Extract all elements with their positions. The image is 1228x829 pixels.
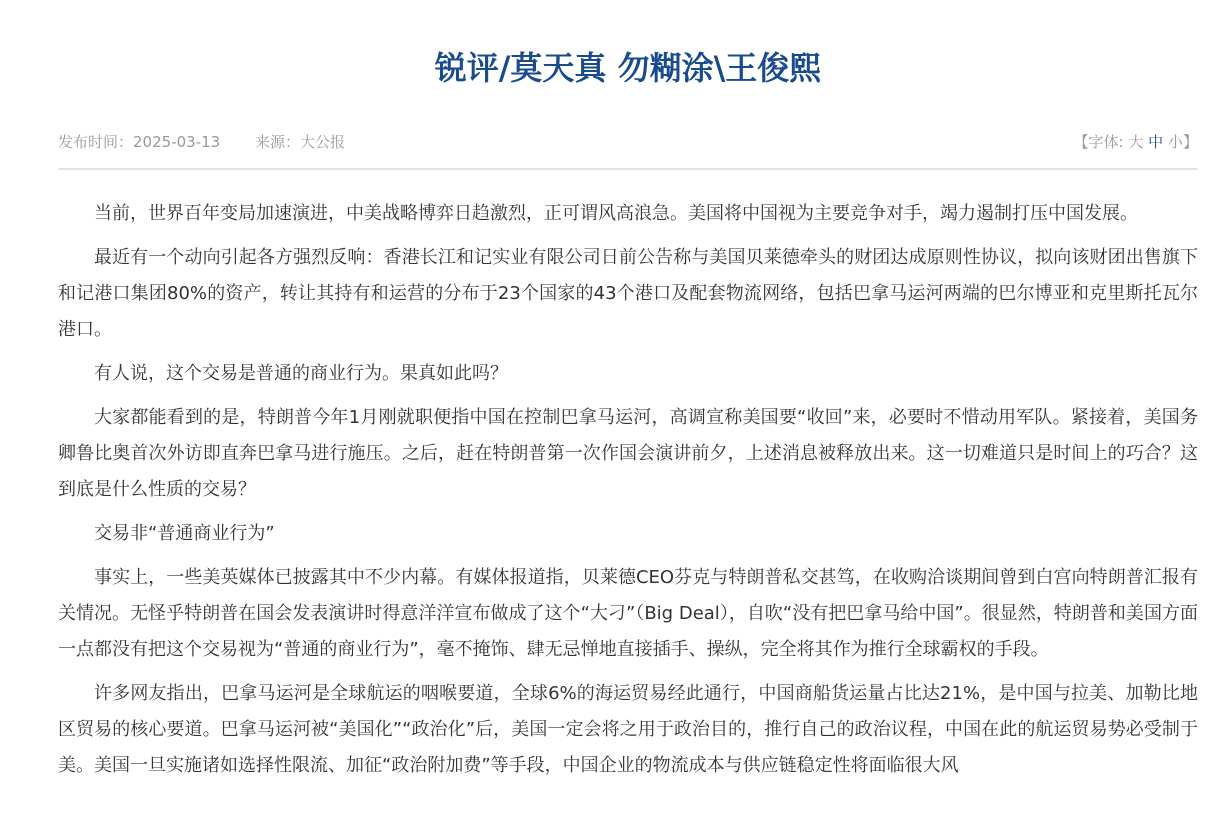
article: 锐评/莫天真 勿糊涂\王俊熙 发布时间：2025-03-13 来源：大公报 【字… xyxy=(58,0,1198,784)
publish-label: 发布时间： xyxy=(58,130,133,154)
paragraph: 最近有一个动向引起各方强烈反响：香港长江和记实业有限公司日前公告称与美国贝莱德牵… xyxy=(58,240,1198,348)
publish-date: 2025-03-13 xyxy=(133,130,220,154)
publish-info: 发布时间：2025-03-13 xyxy=(58,130,220,154)
font-size-small-button[interactable]: 小 xyxy=(1168,133,1183,151)
source-label: 来源： xyxy=(255,130,300,154)
paragraph: 许多网友指出，巴拿马运河是全球航运的咽喉要道，全球6%的海运贸易经此通行，中国商… xyxy=(58,676,1198,784)
paragraph: 当前，世界百年变局加速演进，中美战略博弈日趋激烈，正可谓风高浪急。美国将中国视为… xyxy=(58,196,1198,232)
font-size-large-button[interactable]: 大 xyxy=(1128,133,1143,151)
paragraph: 大家都能看到的是，特朗普今年1月刚就职便指中国在控制巴拿马运河，高调宣称美国要“… xyxy=(58,400,1198,508)
source-name: 大公报 xyxy=(300,130,345,154)
header-divider xyxy=(58,168,1198,170)
font-size-label: 字体: xyxy=(1089,133,1124,151)
font-size-medium-button[interactable]: 中 xyxy=(1148,133,1163,151)
font-size-control: 【字体: 大 中 小】 xyxy=(1074,130,1198,154)
section-subheading: 交易非“普通商业行为” xyxy=(58,516,1198,552)
article-body: 当前，世界百年变局加速演进，中美战略博弈日趋激烈，正可谓风高浪急。美国将中国视为… xyxy=(58,196,1198,784)
article-meta: 发布时间：2025-03-13 来源：大公报 【字体: 大 中 小】 xyxy=(58,130,1198,154)
paragraph: 事实上，一些美英媒体已披露其中不少内幕。有媒体报道指，贝莱德CEO芬克与特朗普私… xyxy=(58,560,1198,668)
article-title: 锐评/莫天真 勿糊涂\王俊熙 xyxy=(58,0,1198,90)
paragraph: 有人说，这个交易是普通的商业行为。果真如此吗？ xyxy=(58,356,1198,392)
bracket-open: 【 xyxy=(1074,133,1089,151)
source-info: 来源：大公报 xyxy=(255,130,345,154)
bracket-close: 】 xyxy=(1183,133,1198,151)
meta-info: 发布时间：2025-03-13 来源：大公报 xyxy=(58,130,1198,154)
